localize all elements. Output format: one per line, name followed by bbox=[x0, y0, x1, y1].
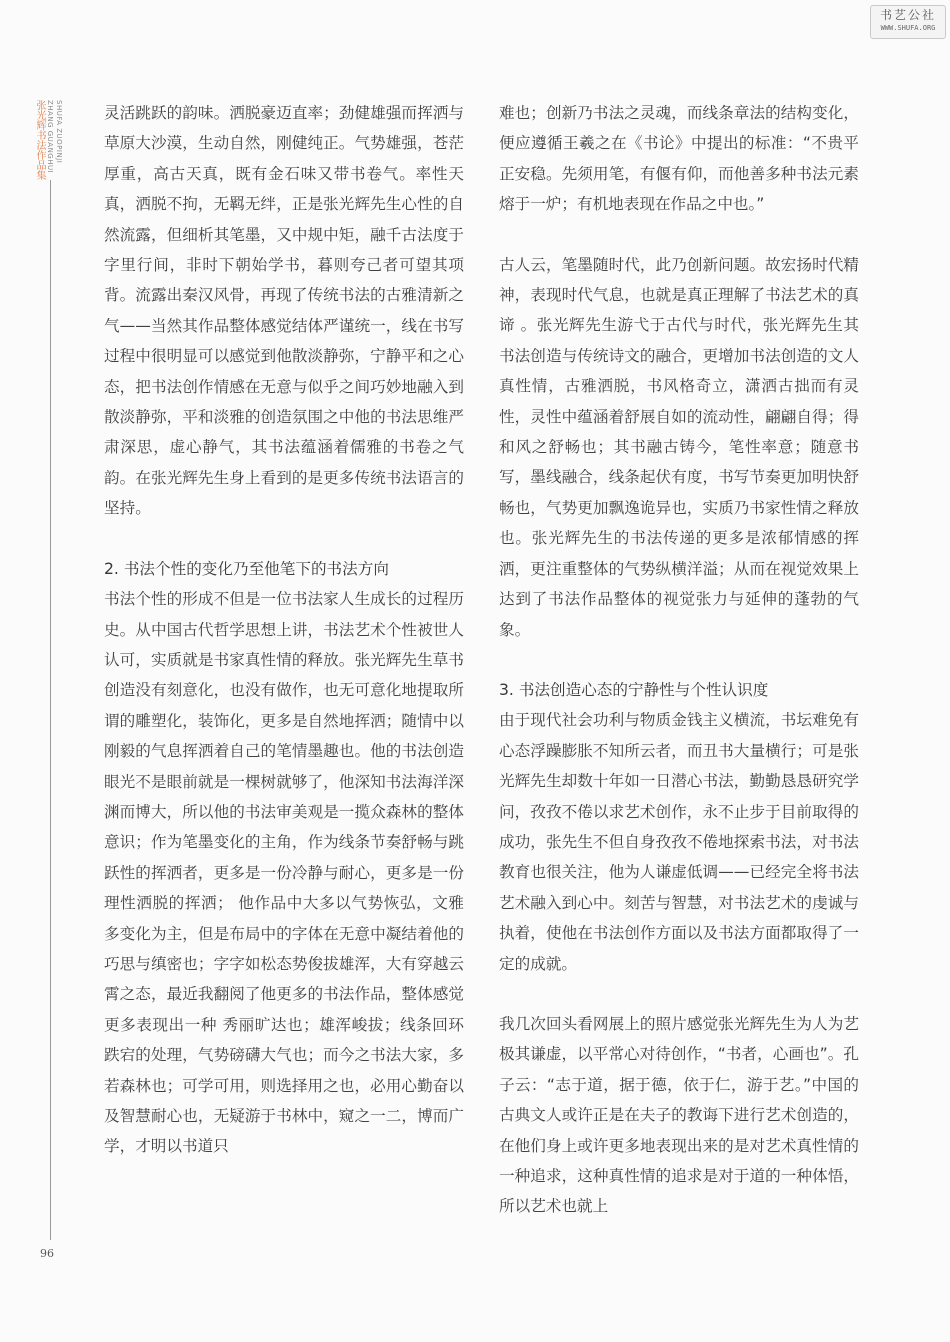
paragraph: 难也；创新乃书法之灵魂，而线条章法的结构变化，便应遵循王羲之在《书论》中提出的标… bbox=[499, 98, 859, 220]
paragraph: 灵活跳跃的韵味。洒脱豪迈直率；劲健雄强而挥洒与草原大沙漠，生动自然，刚健纯正。气… bbox=[104, 98, 464, 524]
paragraph: 由于现代社会功利与物质金钱主义横流，书坛难免有心态浮躁膨胀不知所云者，而丑书大量… bbox=[499, 705, 859, 979]
left-text-column: 灵活跳跃的韵味。洒脱豪迈直率；劲健雄强而挥洒与草原大沙漠，生动自然，刚健纯正。气… bbox=[104, 98, 464, 1162]
section-heading-3: 3. 书法创造心态的宁静性与个性认识度 bbox=[499, 675, 859, 705]
paragraph: 古人云，笔墨随时代，此乃创新问题。故宏扬时代精神，表现时代气息，也就是真正理解了… bbox=[499, 250, 859, 645]
book-title-pinyin-2: SHUFA ZUOPINJI bbox=[55, 100, 63, 163]
paragraph-spacer bbox=[499, 645, 859, 675]
paragraph-spacer bbox=[499, 979, 859, 1009]
watermark-logo-text: 书艺公社 bbox=[871, 7, 945, 23]
paragraph: 书法个性的形成不但是一位书法家人生成长的过程历史。从中国古代哲学思想上讲，书法艺… bbox=[104, 584, 464, 1162]
running-header: 张光辉书法作品集 ZHANG GUANGHUI SHUFA ZUOPINJI bbox=[34, 100, 64, 220]
section-heading-2: 2. 书法个性的变化乃至他笔下的书法方向 bbox=[104, 554, 464, 584]
paragraph-spacer bbox=[499, 220, 859, 250]
right-text-column: 难也；创新乃书法之灵魂，而线条章法的结构变化，便应遵循王羲之在《书论》中提出的标… bbox=[499, 98, 859, 1222]
page-number: 96 bbox=[40, 1247, 54, 1260]
site-watermark-logo: 书艺公社 WWW.SHUFA.ORG bbox=[870, 5, 946, 39]
paragraph-spacer bbox=[104, 524, 464, 554]
book-title: 张光辉书法作品集 bbox=[34, 100, 44, 180]
margin-divider-line bbox=[50, 180, 51, 1240]
watermark-url: WWW.SHUFA.ORG bbox=[871, 23, 945, 33]
paragraph: 我几次回头看网展上的照片感觉张光辉先生为人为艺极其谦虚，以平常心对待创作，“书者… bbox=[499, 1009, 859, 1222]
book-title-pinyin-1: ZHANG GUANGHUI bbox=[46, 100, 54, 173]
